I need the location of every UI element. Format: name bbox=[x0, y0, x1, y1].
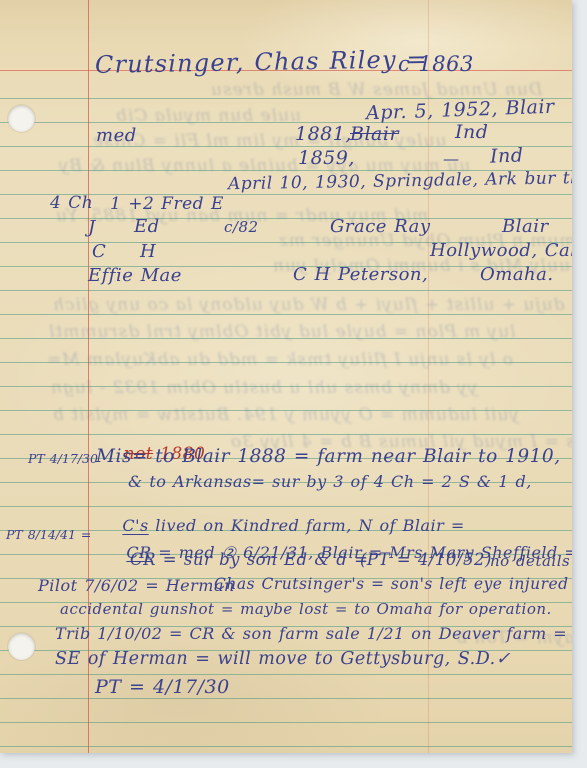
spouse-birth-year: 1859, bbox=[298, 147, 355, 169]
spouse-place: Ind bbox=[490, 144, 524, 167]
note-4-line-1: Trib 1/10/02 = CR & son farm sale 1/21 o… bbox=[55, 624, 572, 643]
marriage-place-struck: Blair bbox=[350, 123, 399, 145]
note-3-line-1-rest: Chas Crutsinger's = son's left eye injur… bbox=[214, 575, 572, 593]
child-3-residence: Hollywood, Caly- bbox=[430, 240, 572, 261]
punch-hole-bottom bbox=[8, 633, 35, 660]
child-3-initial: C bbox=[92, 241, 106, 262]
marriage-year: 1881, bbox=[295, 123, 352, 145]
child-2-name: Ed bbox=[134, 216, 160, 237]
note-2-line-2-left: CR = sur by son Ed & d = bbox=[130, 550, 368, 569]
note-1-line-1: Mis= to Blair 1888 = farm near Blair to … bbox=[96, 446, 561, 467]
header-birth-year: c 1863 bbox=[398, 52, 474, 76]
child-4-spouse: C H Peterson, bbox=[293, 264, 428, 285]
child-1: 1 +2 Fred E bbox=[110, 194, 224, 214]
note-1-line-2: & to Arkansas= sur by 3 of 4 Ch = 2 S & … bbox=[128, 472, 532, 491]
child-2-residence: Blair bbox=[502, 216, 549, 237]
dash-mark: — bbox=[443, 149, 460, 168]
source-margin-note-2: PT 8/14/41 = bbox=[6, 527, 91, 542]
child-2-initial: J bbox=[88, 217, 96, 238]
header-name: Crutsinger, Chas Riley = bbox=[95, 45, 428, 79]
child-2-birth: c/82 bbox=[224, 218, 259, 236]
marriage-place: Ind bbox=[455, 121, 488, 143]
note-4-line-2: SE of Herman = will move to Gettysburg, … bbox=[55, 649, 511, 669]
note-2-line-2-right: no details bbox=[490, 552, 570, 570]
child-4-name: Effie Mae bbox=[88, 265, 182, 286]
child-4-residence: Omaha. bbox=[480, 264, 554, 285]
note-2-line-2-mid: (PT = 4/10/52) bbox=[360, 550, 492, 569]
note-4-date: PT = 4/17/30 bbox=[95, 676, 230, 698]
scanned-note-page: { "paper": { "header_name": "Crutsinger,… bbox=[0, 0, 587, 768]
note-3-line-2: accidental gunshot = maybe lost = to Oma… bbox=[60, 600, 552, 618]
marriage-label: med bbox=[96, 125, 137, 146]
note-3-source: Pilot 7/6/02 = Herman bbox=[38, 576, 235, 595]
punch-hole-top bbox=[8, 105, 35, 132]
child-3-name: H bbox=[140, 241, 156, 262]
source-margin-note-1: PT 4/17/30 bbox=[28, 451, 98, 466]
document-scan: Dun Unnad James W B mush dresu uule bun … bbox=[0, 0, 572, 753]
child-2-spouse: Grace Ray bbox=[330, 216, 431, 237]
children-count: 4 Ch bbox=[50, 193, 93, 213]
